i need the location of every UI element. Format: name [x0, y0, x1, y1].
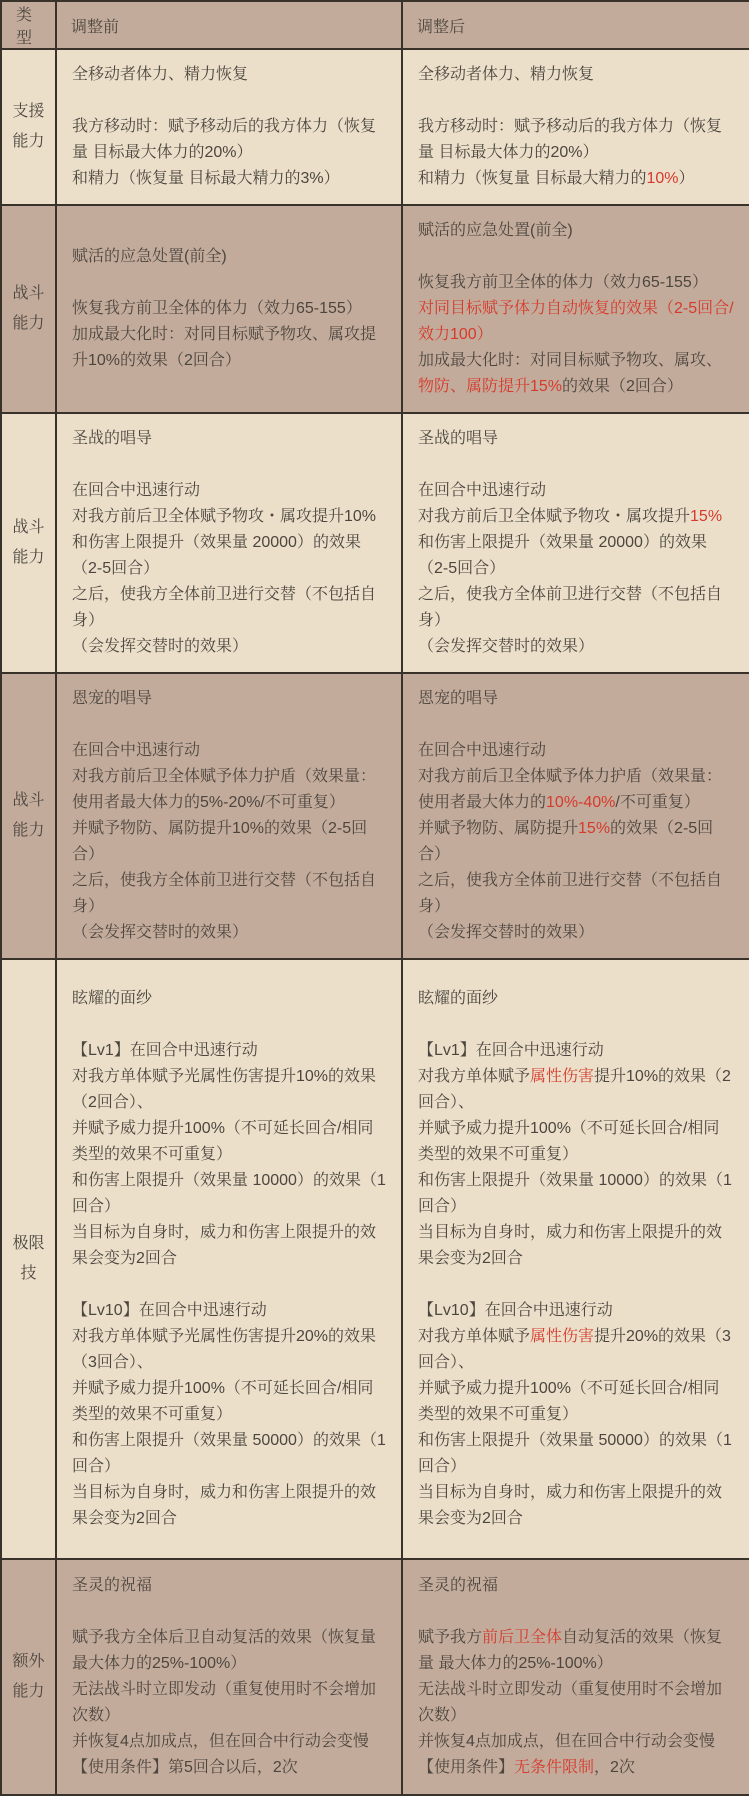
text-line: 赋活的应急处置(前全): [72, 244, 386, 270]
blank-line: [418, 1599, 734, 1625]
table-row: 支援能力全移动者体力、精力恢复我方移动时：赋予移动后的我方体力（恢复量 目标最大…: [1, 49, 749, 205]
text-line: 对我方前后卫全体赋予体力护盾（效果量：使用者最大体力的5%-20%/不可重复）: [72, 764, 386, 816]
blank-line: [418, 712, 734, 738]
text-line: 【使用条件】第5回合以后，2次: [72, 1755, 386, 1781]
text-line: 恩宠的唱导: [72, 686, 386, 712]
changed-text: 前后卫全体: [482, 1629, 562, 1646]
changed-text: 10%-40%: [546, 794, 615, 811]
text-line: 和精力（恢复量 目标最大精力的10%）: [418, 166, 734, 192]
before-cell: 恩宠的唱导在回合中迅速行动对我方前后卫全体赋予体力护盾（效果量：使用者最大体力的…: [56, 673, 402, 959]
text-line: 之后，使我方全体前卫进行交替（不包括自身）: [418, 868, 734, 920]
text-line: 和伤害上限提升（效果量 20000）的效果（2-5回合）: [418, 530, 734, 582]
text-line: 当目标为自身时，威力和伤害上限提升的效果会变为2回合: [418, 1220, 734, 1272]
text-line: 并赋予威力提升100%（不可延长回合/相同类型的效果不可重复）: [418, 1116, 734, 1168]
changed-text: 对同目标赋予体力自动恢复的效果（2-5回合/效力100）: [418, 300, 734, 343]
text-line: 对同目标赋予体力自动恢复的效果（2-5回合/效力100）: [418, 296, 734, 348]
blank-line: [72, 452, 386, 478]
blank-line: [418, 88, 734, 114]
text-line: 赋予我方全体后卫自动复活的效果（恢复量 最大体力的25%-100%）: [72, 1625, 386, 1677]
text-line: 圣灵的祝福: [72, 1573, 386, 1599]
blank-line: [72, 1599, 386, 1625]
text-line: 全移动者体力、精力恢复: [72, 62, 386, 88]
text-line: 加成最大化时：对同目标赋予物攻、属攻、物防、属防提升15%的效果（2回合）: [418, 348, 734, 400]
text-line: 并赋予威力提升100%（不可延长回合/相同类型的效果不可重复）: [72, 1376, 386, 1428]
text-line: 并恢复4点加成点，但在回合中行动会变慢: [72, 1729, 386, 1755]
text-line: 并赋予物防、属防提升15%的效果（2-5回合）: [418, 816, 734, 868]
text-line: 对我方前后卫全体赋予物攻・属攻提升15%: [418, 504, 734, 530]
changed-text: 无条件限制: [514, 1759, 594, 1776]
changed-text: 物防、属防提升15%: [418, 378, 562, 395]
text-line: 全移动者体力、精力恢复: [418, 62, 734, 88]
text-line: 圣战的唱导: [72, 426, 386, 452]
table-row: 极限技眩耀的面纱【Lv1】在回合中迅速行动对我方单体赋予光属性伤害提升10%的效…: [1, 959, 749, 1559]
text-line: 之后，使我方全体前卫进行交替（不包括自身）: [72, 582, 386, 634]
table-row: 战斗能力赋活的应急处置(前全)恢复我方前卫全体的体力（效力65-155）加成最大…: [1, 205, 749, 413]
text-line: 恩宠的唱导: [418, 686, 734, 712]
header-row: 类型 调整前 调整后: [1, 1, 749, 49]
text-line: 之后，使我方全体前卫进行交替（不包括自身）: [72, 868, 386, 920]
text-line: 对我方单体赋予光属性伤害提升10%的效果（2回合）、: [72, 1064, 386, 1116]
changed-text: 10%: [646, 170, 678, 187]
blank-line: [418, 1272, 734, 1298]
text-line: 并赋予物防、属防提升10%的效果（2-5回合）: [72, 816, 386, 868]
text-line: 对我方单体赋予属性伤害提升10%的效果（2回合）、: [418, 1064, 734, 1116]
text-line: 和伤害上限提升（效果量 10000）的效果（1回合）: [72, 1168, 386, 1220]
blank-line: [72, 1012, 386, 1038]
text-line: （会发挥交替时的效果）: [72, 634, 386, 660]
text-line: 之后，使我方全体前卫进行交替（不包括自身）: [418, 582, 734, 634]
text-line: 对我方前后卫全体赋予物攻・属攻提升10%: [72, 504, 386, 530]
after-cell: 圣灵的祝福赋予我方前后卫全体自动复活的效果（恢复量 最大体力的25%-100%）…: [402, 1559, 749, 1795]
blank-line: [72, 1272, 386, 1298]
text-line: 【Lv1】在回合中迅速行动: [418, 1038, 734, 1064]
blank-line: [72, 712, 386, 738]
after-cell: 圣战的唱导在回合中迅速行动对我方前后卫全体赋予物攻・属攻提升15%和伤害上限提升…: [402, 413, 749, 673]
ability-comparison-table: 类型 调整前 调整后 支援能力全移动者体力、精力恢复我方移动时：赋予移动后的我方…: [0, 0, 749, 1796]
changed-text: 属性伤害: [530, 1068, 594, 1085]
header-type: 类型: [1, 1, 56, 49]
text-line: 【Lv1】在回合中迅速行动: [72, 1038, 386, 1064]
after-cell: 眩耀的面纱【Lv1】在回合中迅速行动对我方单体赋予属性伤害提升10%的效果（2回…: [402, 959, 749, 1559]
text-line: 我方移动时：赋予移动后的我方体力（恢复量 目标最大体力的20%）: [418, 114, 734, 166]
row-type-label: 极限技: [1, 959, 56, 1559]
text-line: 和伤害上限提升（效果量 10000）的效果（1回合）: [418, 1168, 734, 1220]
after-cell: 恩宠的唱导在回合中迅速行动对我方前后卫全体赋予体力护盾（效果量：使用者最大体力的…: [402, 673, 749, 959]
changed-text: 15%: [578, 820, 610, 837]
text-line: 圣灵的祝福: [418, 1573, 734, 1599]
text-line: 无法战斗时立即发动（重复使用时不会增加次数）: [72, 1677, 386, 1729]
header-after: 调整后: [402, 1, 749, 49]
text-line: 当目标为自身时，威力和伤害上限提升的效果会变为2回合: [72, 1220, 386, 1272]
before-cell: 赋活的应急处置(前全)恢复我方前卫全体的体力（效力65-155）加成最大化时：对…: [56, 205, 402, 413]
text-line: 赋予我方前后卫全体自动复活的效果（恢复量 最大体力的25%-100%）: [418, 1625, 734, 1677]
before-cell: 全移动者体力、精力恢复我方移动时：赋予移动后的我方体力（恢复量 目标最大体力的2…: [56, 49, 402, 205]
text-line: 恢复我方前卫全体的体力（效力65-155）: [72, 296, 386, 322]
text-line: （会发挥交替时的效果）: [418, 634, 734, 660]
before-cell: 眩耀的面纱【Lv1】在回合中迅速行动对我方单体赋予光属性伤害提升10%的效果（2…: [56, 959, 402, 1559]
changed-text: 属性伤害: [530, 1328, 594, 1345]
changed-text: 15%: [690, 508, 722, 525]
row-type-label: 战斗能力: [1, 413, 56, 673]
text-line: 我方移动时：赋予移动后的我方体力（恢复量 目标最大体力的20%）: [72, 114, 386, 166]
text-line: 在回合中迅速行动: [72, 738, 386, 764]
text-line: 【Lv10】在回合中迅速行动: [418, 1298, 734, 1324]
text-line: 并恢复4点加成点，但在回合中行动会变慢: [418, 1729, 734, 1755]
blank-line: [418, 1012, 734, 1038]
before-cell: 圣灵的祝福赋予我方全体后卫自动复活的效果（恢复量 最大体力的25%-100%）无…: [56, 1559, 402, 1795]
text-line: 当目标为自身时，威力和伤害上限提升的效果会变为2回合: [72, 1480, 386, 1532]
text-line: 和精力（恢复量 目标最大精力的3%）: [72, 166, 386, 192]
text-line: 和伤害上限提升（效果量 20000）的效果（2-5回合）: [72, 530, 386, 582]
table-body: 支援能力全移动者体力、精力恢复我方移动时：赋予移动后的我方体力（恢复量 目标最大…: [1, 49, 749, 1795]
row-type-label: 战斗能力: [1, 205, 56, 413]
text-line: 眩耀的面纱: [72, 986, 386, 1012]
text-line: （会发挥交替时的效果）: [418, 920, 734, 946]
header-before: 调整前: [56, 1, 402, 49]
row-type-label: 额外能力: [1, 1559, 56, 1795]
text-line: （会发挥交替时的效果）: [72, 920, 386, 946]
text-line: 和伤害上限提升（效果量 50000）的效果（1回合）: [72, 1428, 386, 1480]
text-line: 并赋予威力提升100%（不可延长回合/相同类型的效果不可重复）: [418, 1376, 734, 1428]
text-line: 在回合中迅速行动: [72, 478, 386, 504]
text-line: 对我方单体赋予属性伤害提升20%的效果（3回合）、: [418, 1324, 734, 1376]
text-line: 眩耀的面纱: [418, 986, 734, 1012]
text-line: 加成最大化时：对同目标赋予物攻、属攻提升10%的效果（2回合）: [72, 322, 386, 374]
text-line: 无法战斗时立即发动（重复使用时不会增加次数）: [418, 1677, 734, 1729]
table-row: 战斗能力恩宠的唱导在回合中迅速行动对我方前后卫全体赋予体力护盾（效果量：使用者最…: [1, 673, 749, 959]
blank-line: [418, 452, 734, 478]
text-line: 和伤害上限提升（效果量 50000）的效果（1回合）: [418, 1428, 734, 1480]
blank-line: [72, 270, 386, 296]
row-type-label: 支援能力: [1, 49, 56, 205]
text-line: 当目标为自身时，威力和伤害上限提升的效果会变为2回合: [418, 1480, 734, 1532]
text-line: 并赋予威力提升100%（不可延长回合/相同类型的效果不可重复）: [72, 1116, 386, 1168]
text-line: 赋活的应急处置(前全): [418, 218, 734, 244]
table-row: 战斗能力圣战的唱导在回合中迅速行动对我方前后卫全体赋予物攻・属攻提升10%和伤害…: [1, 413, 749, 673]
table-row: 额外能力圣灵的祝福赋予我方全体后卫自动复活的效果（恢复量 最大体力的25%-10…: [1, 1559, 749, 1795]
blank-line: [418, 244, 734, 270]
text-line: 恢复我方前卫全体的体力（效力65-155）: [418, 270, 734, 296]
after-cell: 赋活的应急处置(前全)恢复我方前卫全体的体力（效力65-155）对同目标赋予体力…: [402, 205, 749, 413]
text-line: 在回合中迅速行动: [418, 478, 734, 504]
blank-line: [72, 88, 386, 114]
before-cell: 圣战的唱导在回合中迅速行动对我方前后卫全体赋予物攻・属攻提升10%和伤害上限提升…: [56, 413, 402, 673]
text-line: 【使用条件】无条件限制，2次: [418, 1755, 734, 1781]
text-line: 【Lv10】在回合中迅速行动: [72, 1298, 386, 1324]
text-line: 在回合中迅速行动: [418, 738, 734, 764]
after-cell: 全移动者体力、精力恢复我方移动时：赋予移动后的我方体力（恢复量 目标最大体力的2…: [402, 49, 749, 205]
text-line: 对我方前后卫全体赋予体力护盾（效果量：使用者最大体力的10%-40%/不可重复）: [418, 764, 734, 816]
row-type-label: 战斗能力: [1, 673, 56, 959]
text-line: 对我方单体赋予光属性伤害提升20%的效果（3回合）、: [72, 1324, 386, 1376]
text-line: 圣战的唱导: [418, 426, 734, 452]
